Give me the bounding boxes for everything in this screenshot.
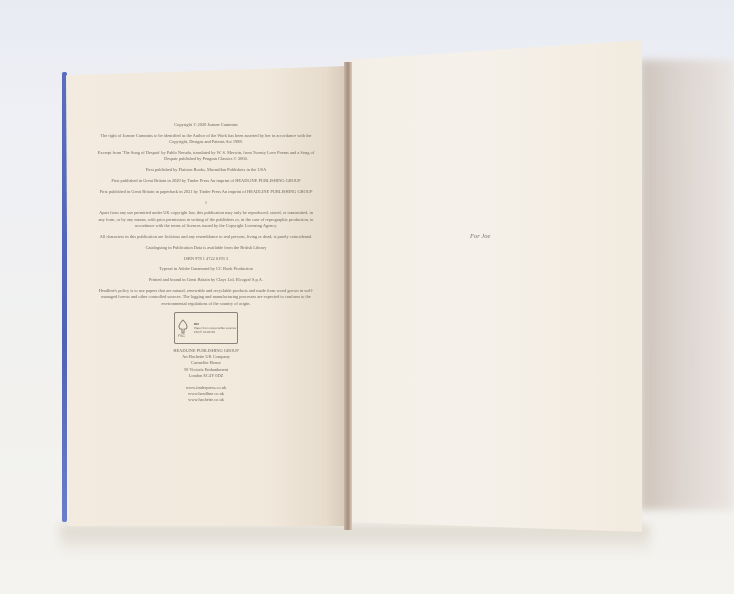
paperback-publication: First published in Great Britain in pape… (96, 189, 316, 195)
book-shadow-bottom (60, 525, 650, 555)
isbn: ISBN 978 1 4722 6193 3 (96, 256, 316, 262)
print-number: 1 (96, 200, 316, 206)
publisher-line: London EC4Y 0DZ (96, 373, 316, 379)
dedication-page (350, 40, 642, 532)
moral-rights: The right of Joanne Cummins to be identi… (96, 133, 316, 146)
book-shadow-right (640, 60, 734, 510)
fsc-label: FSC MIX Paper from responsible sources F… (174, 312, 238, 344)
cip-notice: Cataloguing in Publication Data is avail… (96, 245, 316, 251)
excerpt-credit: Excerpt from 'The Song of Despair' by Pa… (96, 150, 316, 163)
websites-block: www.tinderpress.co.uk www.headline.co.uk… (96, 385, 316, 404)
dedication-text: For Joe (470, 233, 490, 240)
copyright-line: Copyright © 2020 Joanne Cummins (96, 122, 316, 128)
copyright-text-block: Copyright © 2020 Joanne Cummins The righ… (96, 122, 316, 404)
book-cover-edge (62, 72, 67, 522)
fsc-subtitle: Paper from responsible sources (194, 326, 236, 330)
svg-text:FSC: FSC (178, 334, 185, 338)
us-publication: First published by Flatiron Books, Macmi… (96, 167, 316, 173)
fsc-code: FSC® C104740 (194, 330, 236, 334)
website-line: www.hachette.co.uk (96, 397, 316, 403)
publisher-block: HEADLINE PUBLISHING GROUP An Hachette UK… (96, 348, 316, 380)
book-gutter (344, 62, 352, 530)
typeset-credit: Typeset in Adobe Garamond by CC Book Pro… (96, 266, 316, 272)
rights-notice: Apart from any use permitted under UK co… (96, 210, 316, 229)
fiction-disclaimer: All characters in this publication are f… (96, 234, 316, 240)
fsc-tree-icon: FSC (176, 318, 190, 338)
uk-publication: First published in Great Britain in 2020… (96, 178, 316, 184)
paper-policy: Headline's policy is to use papers that … (96, 288, 316, 307)
printer-credit: Printed and bound in Great Britain by Cl… (96, 277, 316, 283)
